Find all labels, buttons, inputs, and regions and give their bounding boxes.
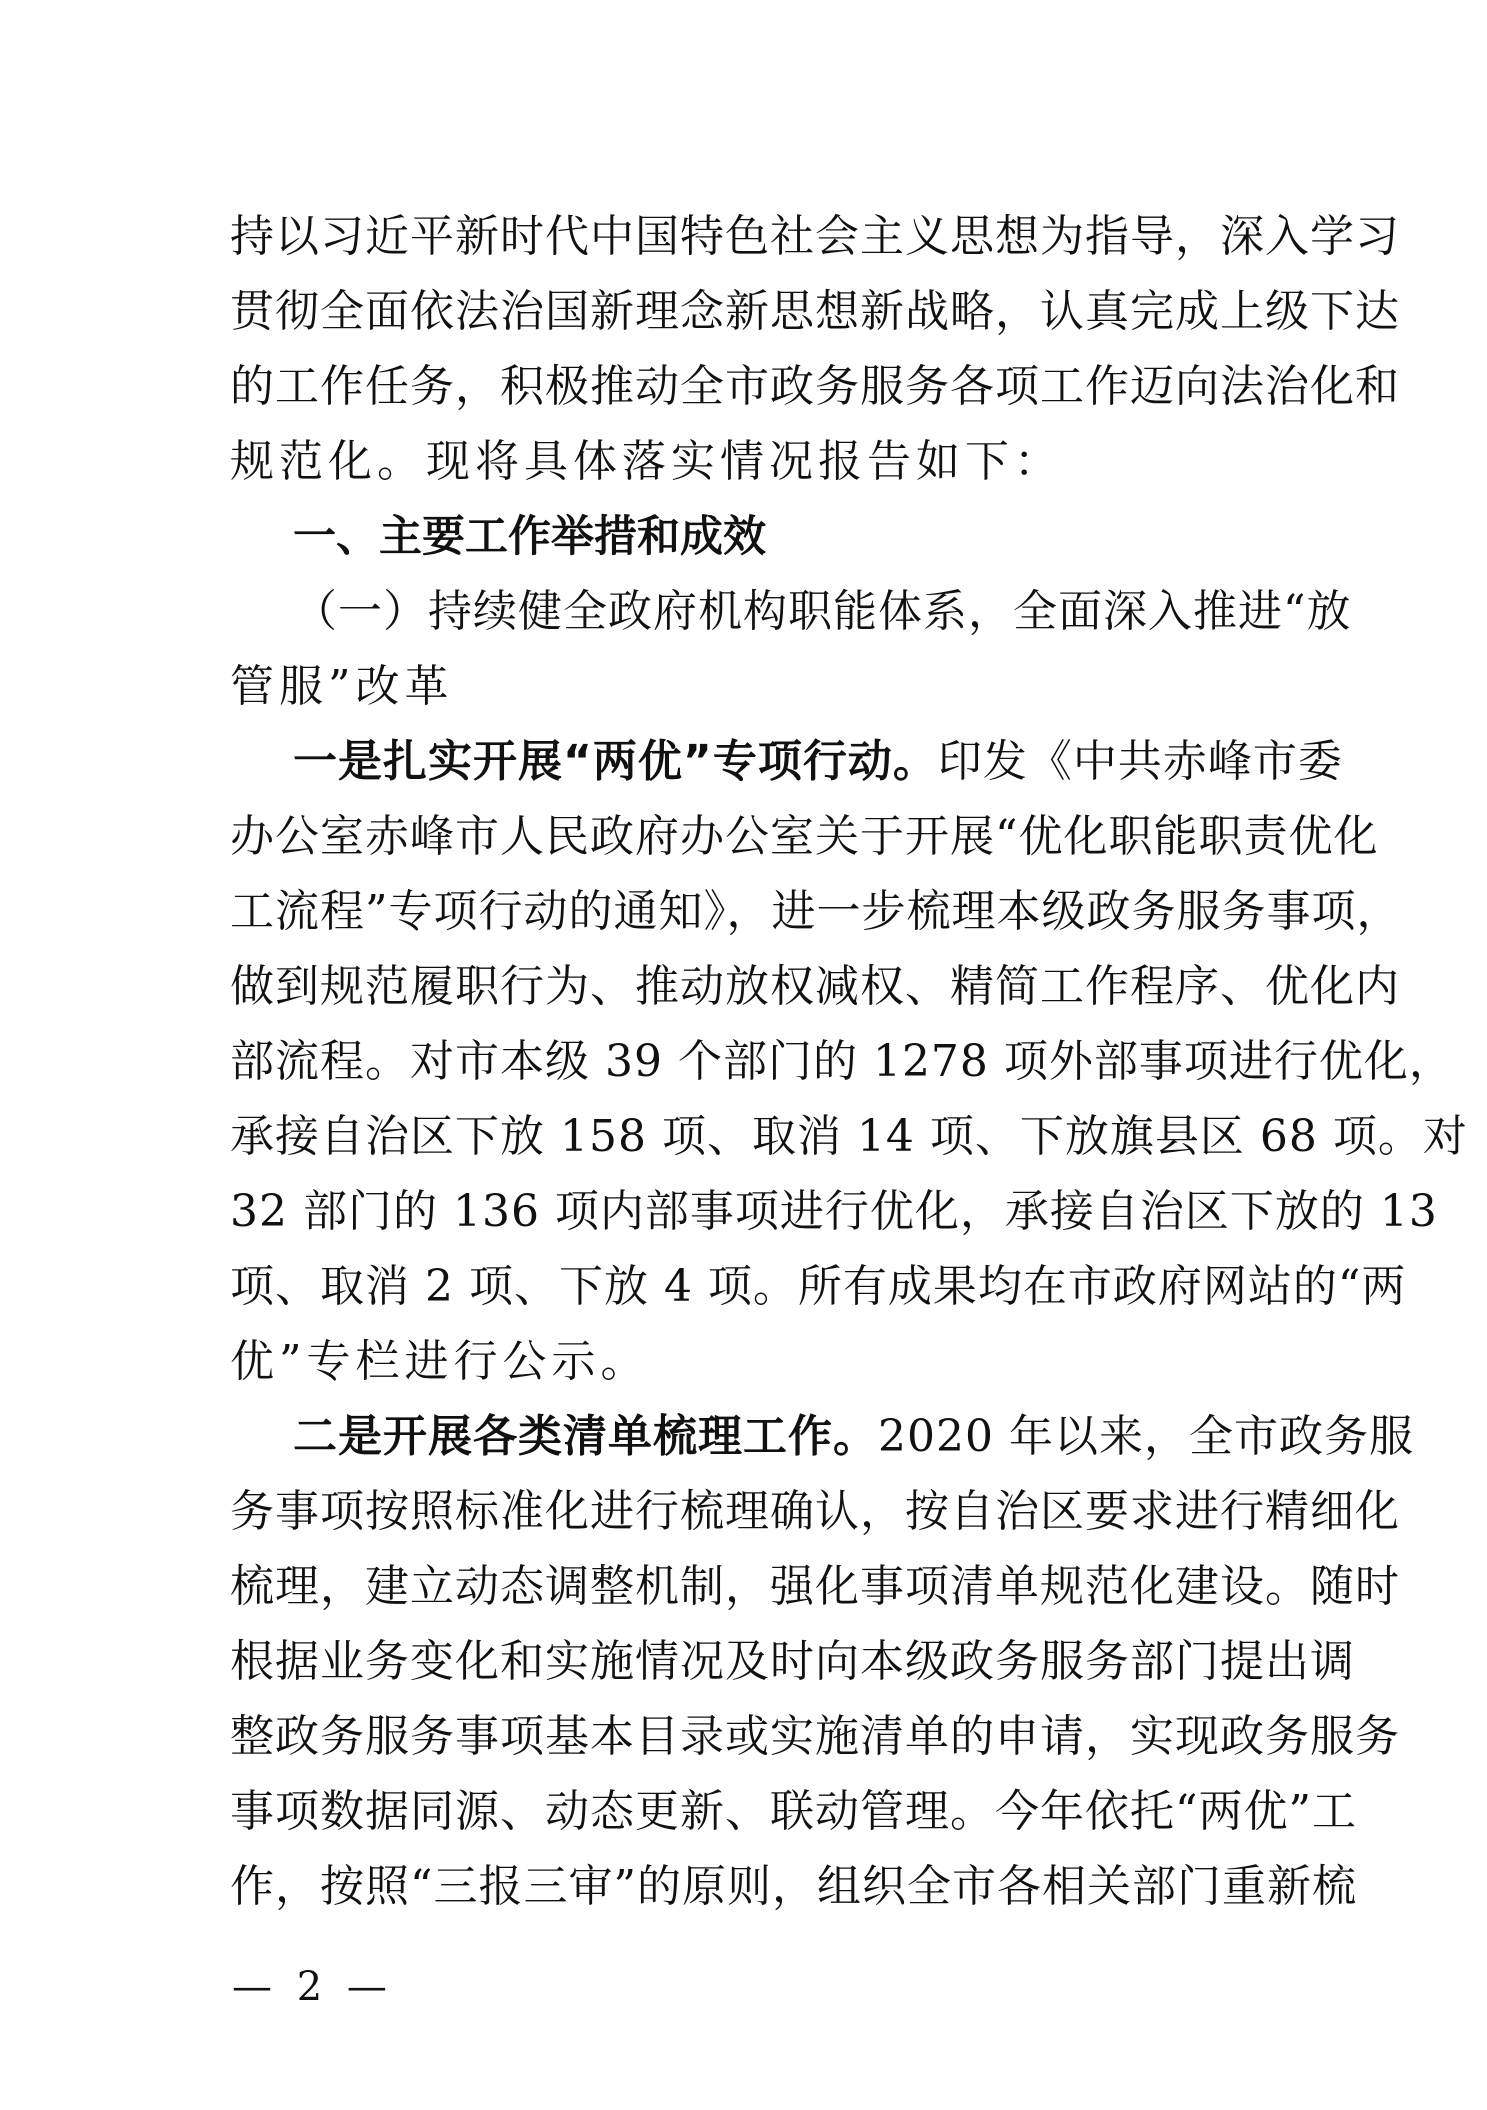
paragraph-lead-line: 一是扎实开展“两优”专项行动。印发《中共赤峰市委 [293, 734, 1262, 790]
subsection-heading-continued: 管服”改革 [230, 659, 1262, 715]
paragraph-lead-text: 2020 年以来，全市政务服 [878, 1411, 1414, 1462]
subsection-heading: （一）持续健全政府机构职能体系，全面深入推进“放 [293, 584, 1262, 640]
page-number: — 2 — [232, 1962, 393, 2012]
body-text-line: 承接自治区下放 158 项、取消 14 项、下放旗县区 68 项。对 [230, 1109, 1262, 1165]
body-text-line: 项、取消 2 项、下放 4 项。所有成果均在市政府网站的“两 [230, 1259, 1262, 1315]
body-text-line: 贯彻全面依法治国新理念新思想新战略，认真完成上级下达 [230, 284, 1262, 340]
paragraph-lead-title: 二是开展各类清单梳理工作。 [293, 1411, 878, 1462]
paragraph-lead-text: 印发《中共赤峰市委 [938, 736, 1343, 787]
body-text-line: 做到规范履职行为、推动放权减权、精简工作程序、优化内 [230, 959, 1262, 1015]
body-text-line: 持以习近平新时代中国特色社会主义思想为指导，深入学习 [230, 209, 1262, 265]
body-text-line: 整政务服务事项基本目录或实施清单的申请，实现政务服务 [230, 1709, 1262, 1765]
body-text-line: 的工作任务，积极推动全市政务服务各项工作迈向法治化和 [230, 359, 1262, 415]
body-text-line: 规范化。现将具体落实情况报告如下： [230, 434, 1262, 490]
body-text-line: 根据业务变化和实施情况及时向本级政务服务部门提出调 [230, 1634, 1262, 1690]
body-text-line: 32 部门的 136 项内部事项进行优化，承接自治区下放的 13 [230, 1184, 1262, 1240]
section-heading: 一、主要工作举措和成效 [293, 509, 1262, 565]
document-page: 持以习近平新时代中国特色社会主义思想为指导，深入学习 贯彻全面依法治国新理念新思… [0, 0, 1487, 2110]
body-text-line: 务事项按照标准化进行梳理确认，按自治区要求进行精细化 [230, 1484, 1262, 1540]
body-text-line: 事项数据同源、动态更新、联动管理。今年依托“两优”工 [230, 1784, 1262, 1840]
body-text-line: 工流程”专项行动的通知》，进一步梳理本级政务服务事项， [230, 884, 1262, 940]
body-text-line: 作，按照“三报三审”的原则，组织全市各相关部门重新梳 [230, 1859, 1262, 1915]
body-text-line: 部流程。对市本级 39 个部门的 1278 项外部事项进行优化， [230, 1034, 1262, 1090]
body-text-line: 梳理，建立动态调整机制，强化事项清单规范化建设。随时 [230, 1559, 1262, 1615]
body-text-line: 优”专栏进行公示。 [230, 1334, 1262, 1390]
paragraph-lead-title: 一是扎实开展“两优”专项行动。 [293, 736, 938, 787]
body-text-line: 办公室赤峰市人民政府办公室关于开展“优化职能职责优化 [230, 809, 1262, 865]
paragraph-lead-line: 二是开展各类清单梳理工作。2020 年以来，全市政务服 [293, 1409, 1262, 1465]
